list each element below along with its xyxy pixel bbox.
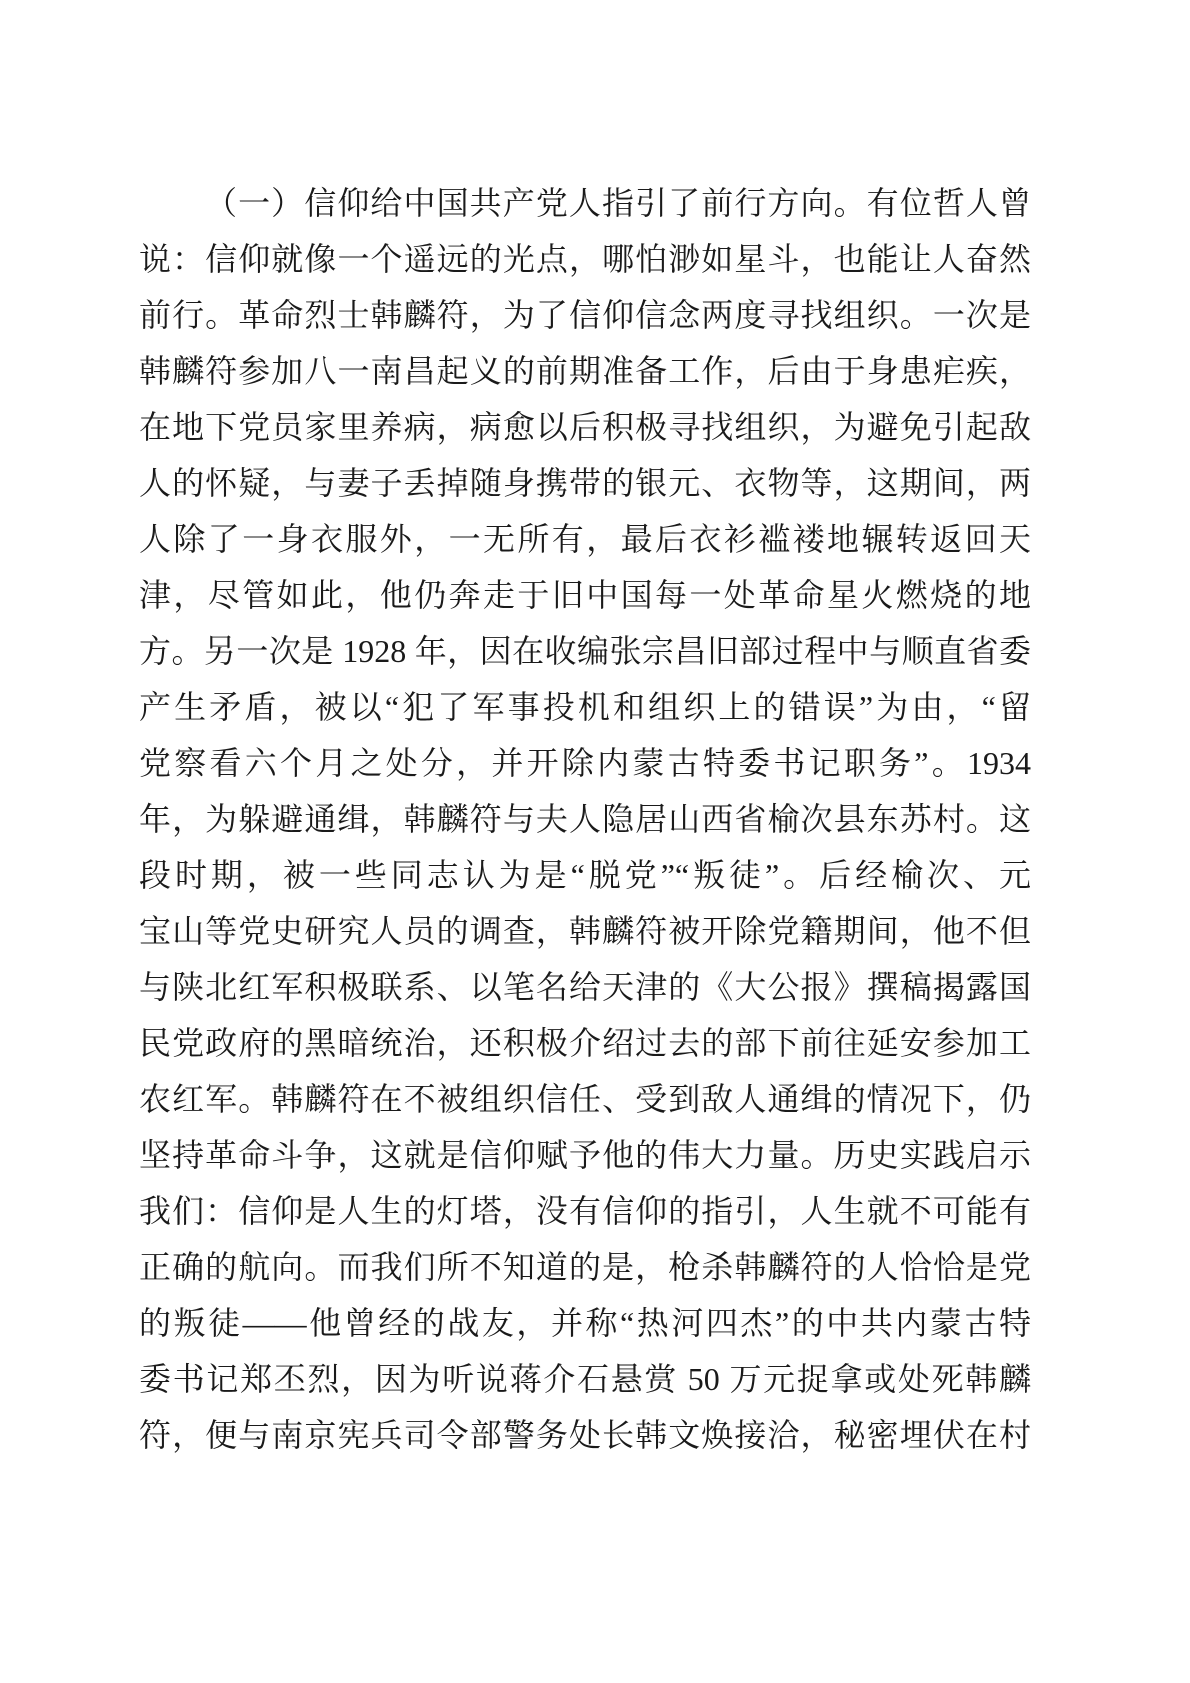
text-line: 前行。革命烈士韩麟符，为了信仰信念两度寻找组织。一次是 (139, 287, 1031, 343)
text-line: 说：信仰就像一个遥远的光点，哪怕渺如星斗，也能让人奋然 (139, 231, 1031, 287)
text-line: 津，尽管如此，他仍奔走于旧中国每一处革命星火燃烧的地 (139, 567, 1031, 623)
text-line: 人的怀疑，与妻子丢掉随身携带的银元、衣物等，这期间，两 (139, 455, 1031, 511)
text-line: 委书记郑丕烈，因为听说蒋介石悬赏 50 万元捉拿或处死韩麟 (139, 1351, 1031, 1407)
text-line: 正确的航向。而我们所不知道的是，枪杀韩麟符的人恰恰是党 (139, 1239, 1031, 1295)
text-line: 的叛徒——他曾经的战友，并称“热河四杰”的中共内蒙古特 (139, 1295, 1031, 1351)
text-line: 韩麟符参加八一南昌起义的前期准备工作，后由于身患疟疾， (139, 343, 1031, 399)
text-line: 在地下党员家里养病，病愈以后积极寻找组织，为避免引起敌 (139, 399, 1031, 455)
text-line: 符，便与南京宪兵司令部警务处长韩文焕接洽，秘密埋伏在村 (139, 1407, 1031, 1463)
text-line: 党察看六个月之处分，并开除内蒙古特委书记职务”。1934 (139, 735, 1031, 791)
text-line: 年，为躲避通缉，韩麟符与夫人隐居山西省榆次县东苏村。这 (139, 791, 1031, 847)
body-text: （一）信仰给中国共产党人指引了前行方向。有位哲人曾 说：信仰就像一个遥远的光点，… (139, 175, 1031, 1463)
text-line: 与陕北红军积极联系、以笔名给天津的《大公报》撰稿揭露国 (139, 959, 1031, 1015)
text-line: 坚持革命斗争，这就是信仰赋予他的伟大力量。历史实践启示 (139, 1127, 1031, 1183)
text-line: 宝山等党史研究人员的调查，韩麟符被开除党籍期间，他不但 (139, 903, 1031, 959)
text-line: （一）信仰给中国共产党人指引了前行方向。有位哲人曾 (139, 175, 1031, 231)
text-line: 段时期，被一些同志认为是“脱党”“叛徒”。后经榆次、元 (139, 847, 1031, 903)
text-line: 农红军。韩麟符在不被组织信任、受到敌人通缉的情况下，仍 (139, 1071, 1031, 1127)
document-page: （一）信仰给中国共产党人指引了前行方向。有位哲人曾 说：信仰就像一个遥远的光点，… (0, 0, 1190, 1683)
text-line: 方。另一次是 1928 年，因在收编张宗昌旧部过程中与顺直省委 (139, 623, 1031, 679)
text-line: 产生矛盾，被以“犯了军事投机和组织上的错误”为由，“留 (139, 679, 1031, 735)
text-line: 人除了一身衣服外，一无所有，最后衣衫褴褛地辗转返回天 (139, 511, 1031, 567)
text-line: 民党政府的黑暗统治，还积极介绍过去的部下前往延安参加工 (139, 1015, 1031, 1071)
text-line: 我们：信仰是人生的灯塔，没有信仰的指引，人生就不可能有 (139, 1183, 1031, 1239)
